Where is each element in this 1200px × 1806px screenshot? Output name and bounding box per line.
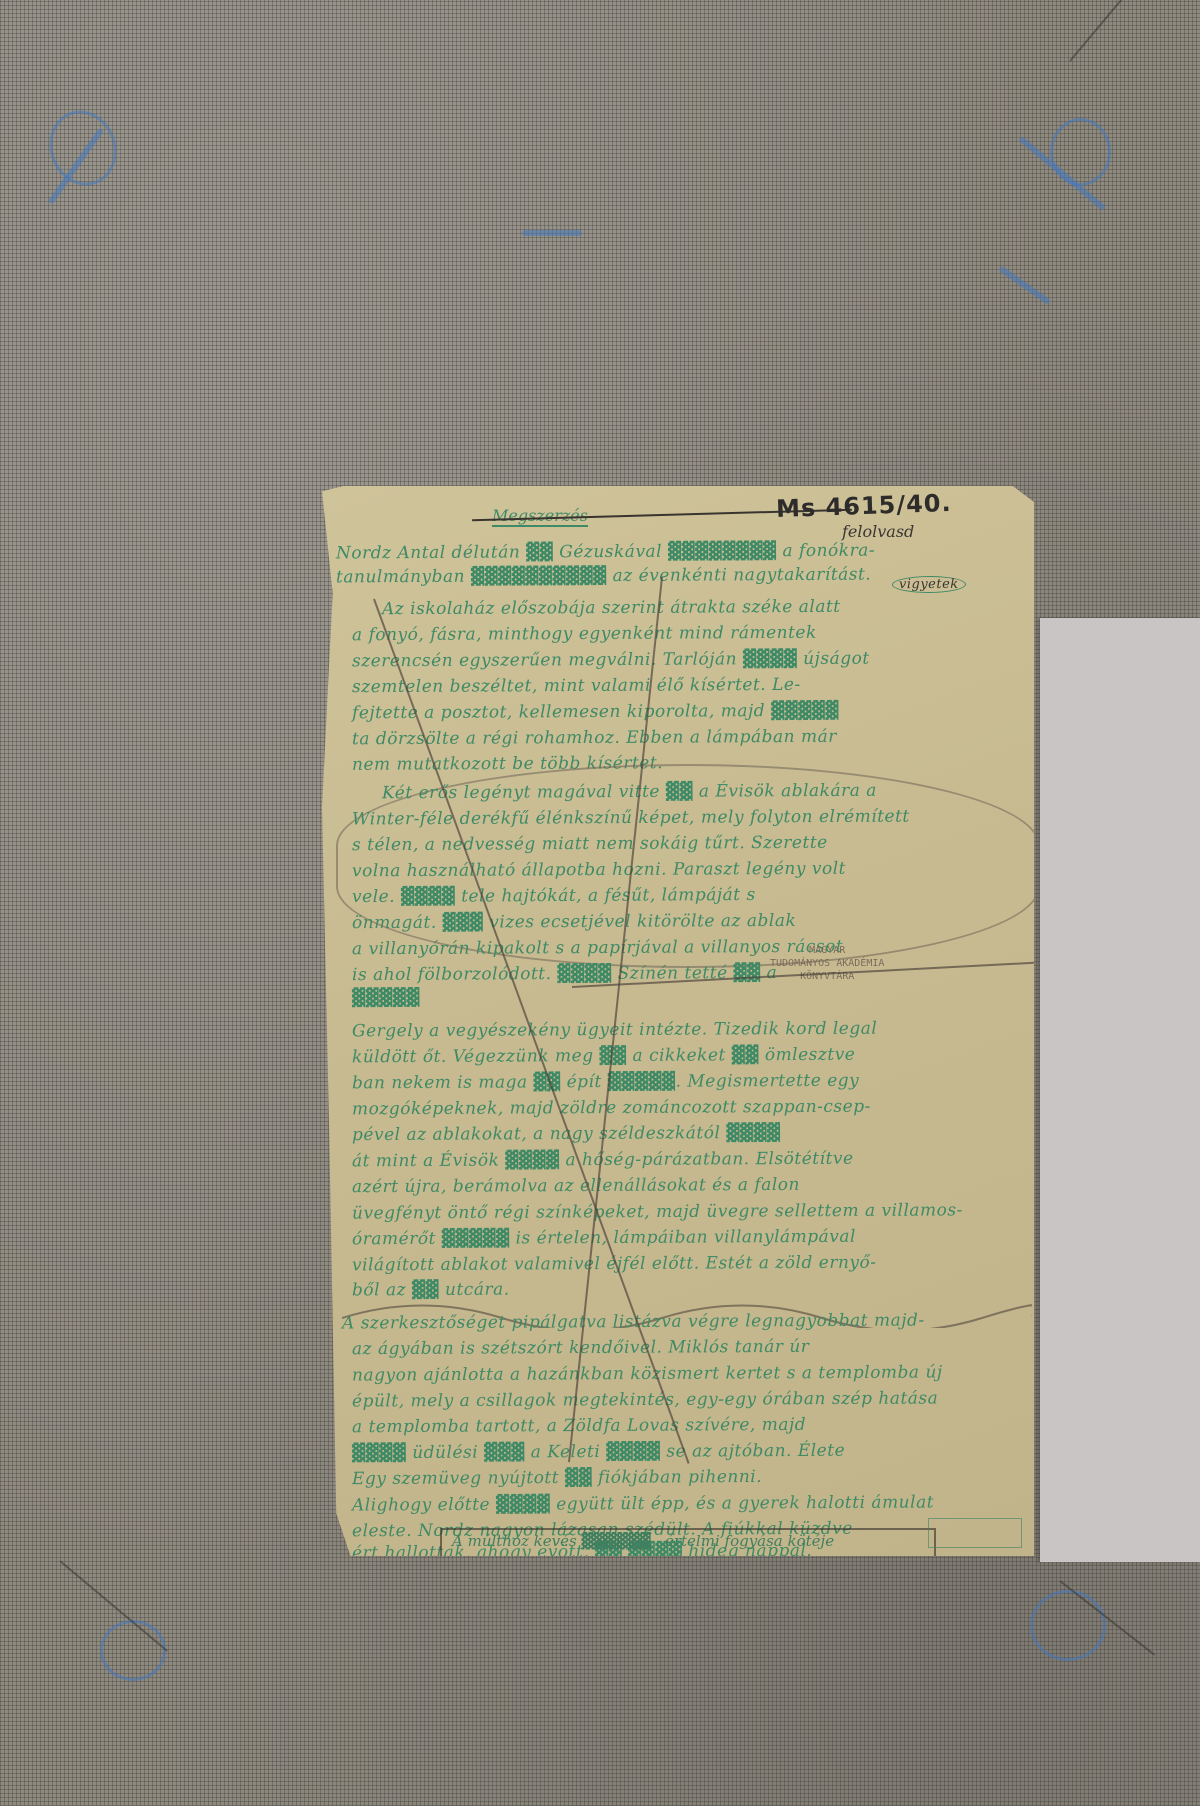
text-line: ▓▓▓▓▓ bbox=[352, 988, 420, 1008]
stamp-line: TUDOMÁNYOS AKADÉMIA bbox=[770, 957, 884, 970]
text-line: vele. ▓▓▓▓ tele hajtókát, a fésűt, lámpá… bbox=[352, 885, 756, 907]
registration-mark-top-right bbox=[1050, 118, 1111, 186]
text-line: Két erős legényt magával vitte ▓▓ a Évis… bbox=[382, 781, 877, 804]
text-line: Az iskolaház előszobája szerint átrakta … bbox=[382, 597, 841, 619]
text-line: nagyon ajánlotta a hazánkban közismert k… bbox=[352, 1362, 943, 1385]
pencil-annotation: felolvasd bbox=[842, 522, 914, 541]
registration-dash-right bbox=[998, 266, 1051, 305]
green-box bbox=[928, 1518, 1022, 1548]
text-line: s télen, a nedvesség miatt nem sokáig tű… bbox=[352, 833, 828, 855]
text-line: ▓▓▓▓ üdülési ▓▓▓ a Keleti ▓▓▓▓ se az ajt… bbox=[352, 1441, 845, 1464]
text-line: mozgóképeknek, majd zöldre zománcozott s… bbox=[352, 1097, 871, 1120]
manuscript-page: Megszerzés Ms 4615/40. felolvasd vigyete… bbox=[322, 486, 1034, 1556]
registration-mark-bottom-left bbox=[100, 1620, 166, 1681]
text-line: Alighogy előtte ▓▓▓▓ együtt ült épp, és … bbox=[352, 1492, 934, 1515]
text-line: szemtelen beszéltet, mint valami élő kís… bbox=[352, 675, 801, 697]
boxed-footer-text: A múlthoz kevés ▓▓▓▓▓▓ . értelmi fogyása… bbox=[452, 1532, 834, 1550]
text-line: üvegfényt öntő régi színképeket, majd üv… bbox=[352, 1200, 963, 1223]
shelf-mark: Ms 4615/40. bbox=[776, 489, 952, 523]
text-line: a fonyó, fásra, minthogy egyenként mind … bbox=[352, 623, 817, 645]
text-line: küldött őt. Végezzünk meg ▓▓ a cikkeket … bbox=[352, 1045, 855, 1068]
text-line: ban nekem is maga ▓▓ épít ▓▓▓▓▓. Megisme… bbox=[352, 1071, 859, 1094]
library-stamp: MAGYAR TUDOMÁNYOS AKADÉMIA KÖNYVTÁRA bbox=[770, 944, 884, 983]
text-line: is ahol fölborzolódott. ▓▓▓▓ Színén tett… bbox=[352, 963, 777, 985]
stamp-line: MAGYAR bbox=[770, 944, 884, 957]
text-line: fejtette a posztot, kellemesen kiporolta… bbox=[352, 701, 839, 724]
text-line: Nordz Antal délután ▓▓ Gézuskával ▓▓▓▓▓▓… bbox=[336, 541, 875, 564]
text-line: Winter-féle derékfű élénkszínű képet, me… bbox=[352, 807, 910, 830]
text-line: szerencsén egyszerűen megválni. Tarlóján… bbox=[352, 649, 870, 672]
registration-mark-top-left bbox=[39, 101, 127, 195]
text-line: volna használható állapotba hozni. Paras… bbox=[352, 859, 846, 882]
margin-note: vigyetek bbox=[892, 576, 966, 593]
registration-dash-top-center bbox=[522, 230, 582, 236]
text-line: a templomba tartott, a Zöldfa Lovas szív… bbox=[352, 1415, 806, 1437]
registration-mark-bottom-right bbox=[1030, 1590, 1106, 1661]
adjacent-blank-sheet bbox=[1040, 618, 1200, 1562]
text-line: önmagát. ▓▓▓ vizes ecsetjével kitörölte … bbox=[352, 911, 796, 933]
text-line: Egy szemüveg nyújtott ▓▓ fiókjában pihen… bbox=[352, 1467, 762, 1489]
graphite-line-top-right bbox=[1069, 0, 1128, 62]
text-line: tanulmányban ▓▓▓▓▓▓▓▓▓▓ az évenkénti nag… bbox=[336, 565, 871, 588]
text-line: épült, mely a csillagok megtekintés, egy… bbox=[352, 1388, 938, 1411]
text-line: át mint a Évisök ▓▓▓▓ a hőség-párázatban… bbox=[352, 1149, 854, 1172]
text-line: azért újra, berámolva az ellenállásokat … bbox=[352, 1175, 800, 1197]
